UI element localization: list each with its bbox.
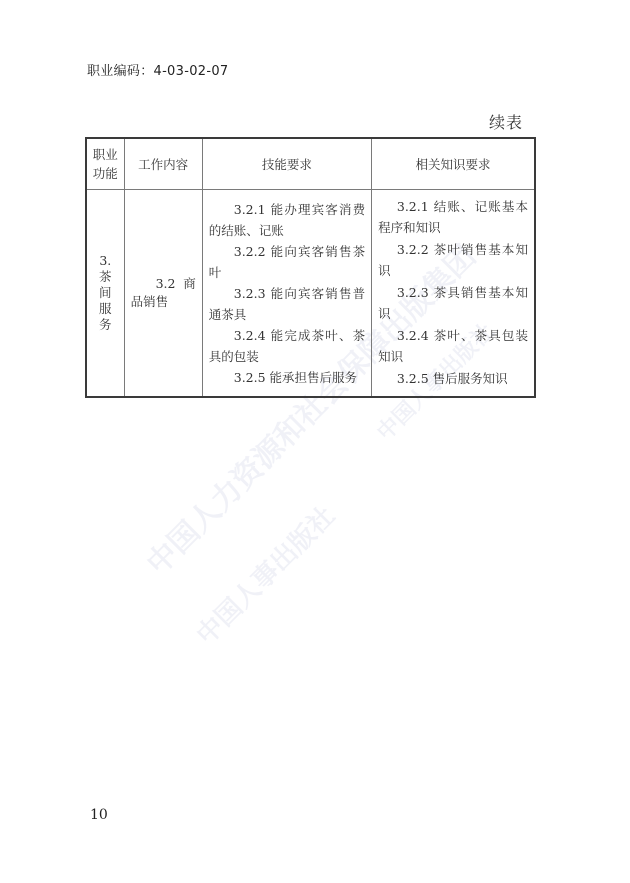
skills-cell: 3.2.1 能办理宾客消费的结账、记账 3.2.2 能向宾客销售茶叶 3.2.3…: [202, 190, 371, 398]
header-function-line2: 功能: [93, 166, 118, 181]
header-knowledge-requirements: 相关知识要求: [372, 138, 535, 190]
table-header-row: 职业 功能 工作内容 技能要求 相关知识要求: [86, 138, 535, 190]
watermark-publisher-line2: 中国人事出版社: [187, 497, 342, 652]
table-row: 3. 茶 间 服 务 3.2 商品销售 3.2.1 能办理宾客消费的结账、记账 …: [86, 190, 535, 398]
occupation-requirements-table: 职业 功能 工作内容 技能要求 相关知识要求 3. 茶 间 服 务 3.2 商品…: [85, 137, 536, 398]
function-number: 3.: [87, 253, 124, 269]
header-function-line1: 职业: [93, 147, 118, 162]
header-occupation-function: 职业 功能: [86, 138, 124, 190]
continued-table-label: 续表: [489, 110, 523, 133]
knowledge-item: 3.2.2 茶叶销售基本知识: [378, 239, 528, 281]
function-char: 务: [87, 317, 124, 333]
function-char: 茶: [87, 269, 124, 285]
header-skill-requirements: 技能要求: [202, 138, 371, 190]
function-char: 服: [87, 301, 124, 317]
skill-item: 3.2.5 能承担售后服务: [209, 367, 365, 388]
skill-item: 3.2.2 能向宾客销售茶叶: [209, 241, 365, 283]
occupation-code: 职业编码：4-03-02-07: [87, 60, 228, 79]
knowledge-item: 3.2.3 茶具销售基本知识: [378, 282, 528, 324]
knowledge-item: 3.2.5 售后服务知识: [378, 368, 528, 389]
header-work-content: 工作内容: [124, 138, 202, 190]
work-content-cell: 3.2 商品销售: [124, 190, 202, 398]
function-cell: 3. 茶 间 服 务: [86, 190, 124, 398]
page-number: 10: [90, 807, 108, 823]
skill-item: 3.2.3 能向宾客销售普通茶具: [209, 283, 365, 325]
skill-item: 3.2.4 能完成茶叶、茶具的包装: [209, 325, 365, 367]
knowledge-item: 3.2.4 茶叶、茶具包装知识: [378, 325, 528, 367]
knowledge-item: 3.2.1 结账、记账基本程序和知识: [378, 196, 528, 238]
function-char: 间: [87, 285, 124, 301]
knowledge-cell: 3.2.1 结账、记账基本程序和知识 3.2.2 茶叶销售基本知识 3.2.3 …: [372, 190, 535, 398]
skill-item: 3.2.1 能办理宾客消费的结账、记账: [209, 199, 365, 241]
